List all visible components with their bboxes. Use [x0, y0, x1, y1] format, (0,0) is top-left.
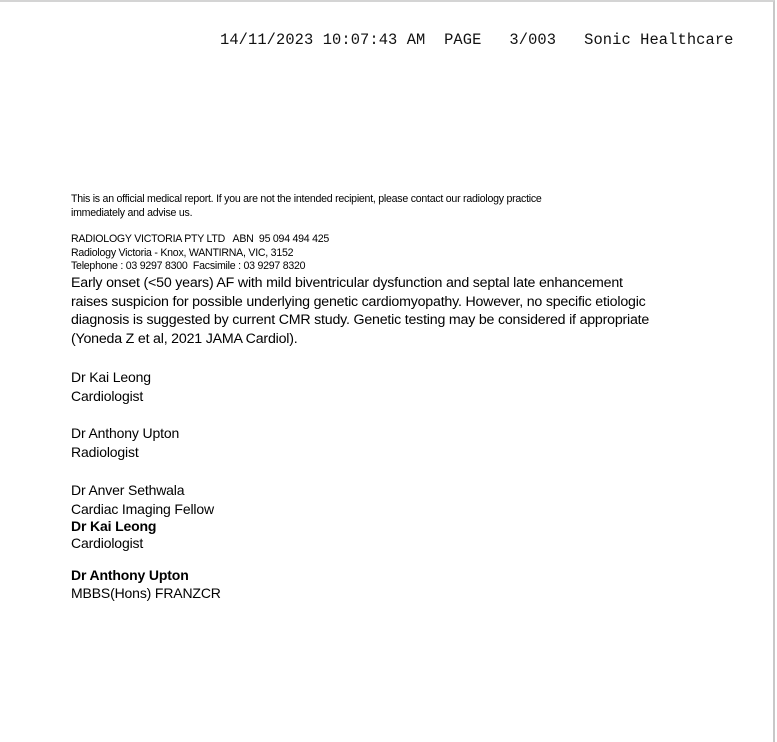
reporting-doctor-name: Dr Anthony Upton [71, 567, 221, 585]
signatory-role: Cardiologist [71, 387, 151, 406]
reporting-doctor-role: MBBS(Hons) FRANZCR [71, 585, 221, 603]
fax-page-number: 3/003 [509, 31, 556, 49]
report-page: 14/11/2023 10:07:43 AM PAGE 3/003 Sonic … [0, 0, 775, 742]
practice-address: Radiology Victoria - Knox, WANTIRNA, VIC… [71, 247, 329, 261]
report-line: diagnosis is suggested by current CMR st… [71, 311, 701, 330]
disclaimer-line: This is an official medical report. If y… [71, 193, 671, 207]
fax-page-label: PAGE [444, 31, 481, 49]
signatory-role: Radiologist [71, 443, 179, 462]
reporting-doctor-block: Dr Kai Leong Cardiologist [71, 518, 156, 552]
report-conclusion: Early onset (<50 years) AF with mild biv… [71, 274, 701, 348]
practice-details: RADIOLOGY VICTORIA PTY LTD ABN 95 094 49… [71, 233, 329, 274]
signatory-name: Dr Anver Sethwala [71, 481, 214, 500]
signatory-block: Dr Anver Sethwala Cardiac Imaging Fellow [71, 481, 214, 518]
reporting-doctor-block: Dr Anthony Upton MBBS(Hons) FRANZCR [71, 567, 221, 602]
confidentiality-disclaimer: This is an official medical report. If y… [71, 193, 671, 220]
report-line: (Yoneda Z et al, 2021 JAMA Cardiol). [71, 330, 701, 349]
signatory-name: Dr Anthony Upton [71, 424, 179, 443]
signatory-role: Cardiac Imaging Fellow [71, 500, 214, 519]
signatory-block: Dr Anthony Upton Radiologist [71, 424, 179, 461]
signatory-block: Dr Kai Leong Cardiologist [71, 368, 151, 405]
report-line: raises suspicion for possible underlying… [71, 293, 701, 312]
report-line: Early onset (<50 years) AF with mild biv… [71, 274, 701, 293]
reporting-doctor-role: Cardiologist [71, 535, 156, 552]
fax-header: 14/11/2023 10:07:43 AM PAGE 3/003 Sonic … [220, 31, 734, 49]
reporting-doctor-name: Dr Kai Leong [71, 518, 156, 535]
signatory-name: Dr Kai Leong [71, 368, 151, 387]
practice-name-abn: RADIOLOGY VICTORIA PTY LTD ABN 95 094 49… [71, 233, 329, 247]
fax-sender: Sonic Healthcare [584, 31, 733, 49]
disclaimer-line: immediately and advise us. [71, 207, 671, 221]
practice-contact: Telephone : 03 9297 8300 Facsimile : 03 … [71, 260, 329, 274]
fax-datetime: 14/11/2023 10:07:43 AM [220, 31, 425, 49]
